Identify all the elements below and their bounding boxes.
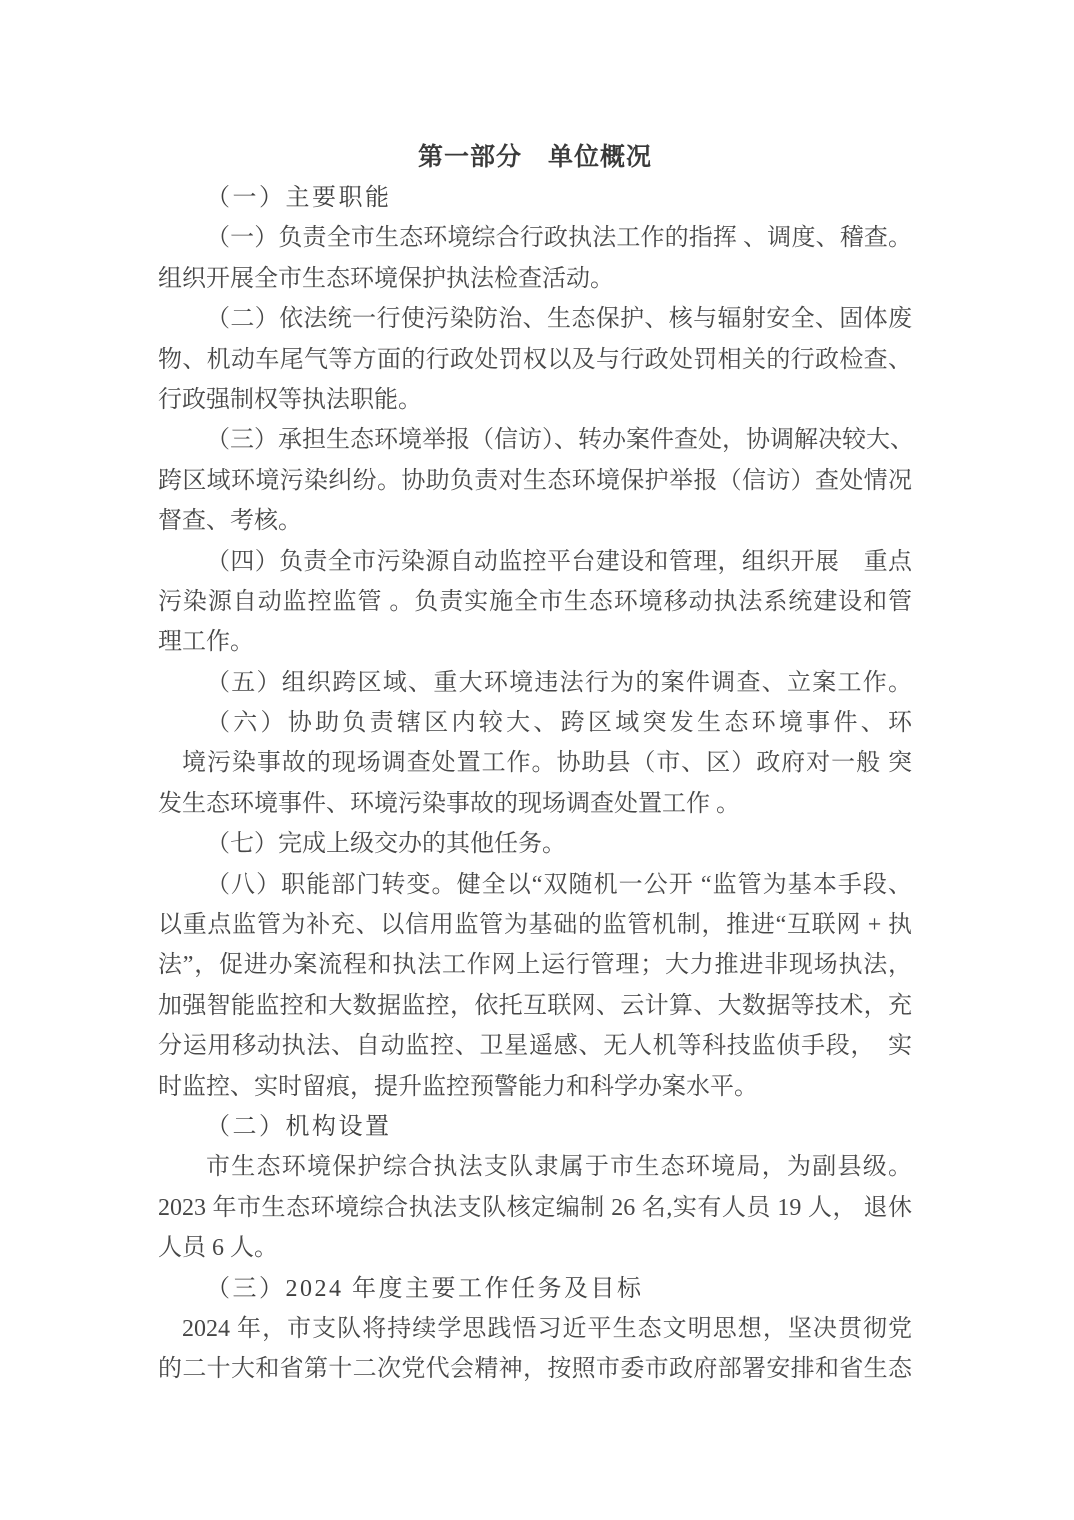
text-line: 污染源自动监控监管 。负责实施全市生态环境移动执法系统建设和管 <box>158 582 912 622</box>
text-line: （六）协助负责辖区内较大、跨区域突发生态环境事件、环 <box>158 703 912 743</box>
text-line: 加强智能监控和大数据监控，依托互联网、云计算、大数据等技术，充 <box>158 986 912 1026</box>
section-heading: （一）主要职能 <box>158 178 912 218</box>
text-line: （七）完成上级交办的其他任务。 <box>158 824 912 864</box>
text-line: （二）依法统一行使污染防治、生态保护、核与辐射安全、固体废 <box>158 299 912 339</box>
text-line: 2024 年，市支队将持续学思践悟习近平生态文明思想，坚决贯彻党 <box>158 1309 912 1349</box>
text-line: （五）组织跨区域、重大环境违法行为的案件调查、立案工作。 <box>158 663 912 703</box>
section-heading: （三）2024 年度主要工作任务及目标 <box>158 1269 912 1309</box>
text-line: （八）职能部门转变。健全以“双随机一公开 “监管为基本手段、 <box>158 865 912 905</box>
document-body: （一）主要职能（一）负责全市生态环境综合行政执法工作的指挥 、调度、稽查。组织开… <box>158 178 912 1390</box>
text-line: 的二十大和省第十二次党代会精神，按照市委市政府部署安排和省生态 <box>158 1349 912 1389</box>
text-line: 发生态环境事件、环境污染事故的现场调查处置工作 。 <box>158 784 912 824</box>
document-content: 第一部分 单位概况 （一）主要职能（一）负责全市生态环境综合行政执法工作的指挥 … <box>158 137 912 1390</box>
text-line: 物、机动车尾气等方面的行政处罚权以及与行政处罚相关的行政检查、 <box>158 340 912 380</box>
text-line: 时监控、实时留痕，提升监控预警能力和科学办案水平。 <box>158 1067 912 1107</box>
text-line: 跨区域环境污染纠纷。协助负责对生态环境保护举报（信访）查处情况 <box>158 461 912 501</box>
text-line: 督查、考核。 <box>158 501 912 541</box>
text-line: （三）承担生态环境举报（信访）、转办案件查处，协调解决较大、 <box>158 420 912 460</box>
text-line: 行政强制权等执法职能。 <box>158 380 912 420</box>
text-line: 分运用移动执法、自动监控、卫星遥感、无人机等科技监侦手段， 实 <box>158 1026 912 1066</box>
text-line: （四）负责全市污染源自动监控平台建设和管理，组织开展 重点 <box>158 542 912 582</box>
text-line: 市生态环境保护综合执法支队隶属于市生态环境局，为副县级。 <box>158 1147 912 1187</box>
text-line: 2023 年市生态环境综合执法支队核定编制 26 名,实有人员 19 人， 退休 <box>158 1188 912 1228</box>
text-line: 以重点监管为补充、以信用监管为基础的监管机制，推进“互联网 + 执 <box>158 905 912 945</box>
text-line: 法”，促进办案流程和执法工作网上运行管理；大力推进非现场执法， <box>158 945 912 985</box>
text-line: 理工作。 <box>158 622 912 662</box>
section-heading: （二）机构设置 <box>158 1107 912 1147</box>
document-page: 第一部分 单位概况 （一）主要职能（一）负责全市生态环境综合行政执法工作的指挥 … <box>0 0 1074 1520</box>
text-line: （一）负责全市生态环境综合行政执法工作的指挥 、调度、稽查。 <box>158 218 912 258</box>
text-line: 组织开展全市生态环境保护执法检查活动。 <box>158 259 912 299</box>
document-title: 第一部分 单位概况 <box>158 137 912 178</box>
text-line: 境污染事故的现场调查处置工作。协助县（市、区）政府对一般 突 <box>158 743 912 783</box>
text-line: 人员 6 人。 <box>158 1228 912 1268</box>
